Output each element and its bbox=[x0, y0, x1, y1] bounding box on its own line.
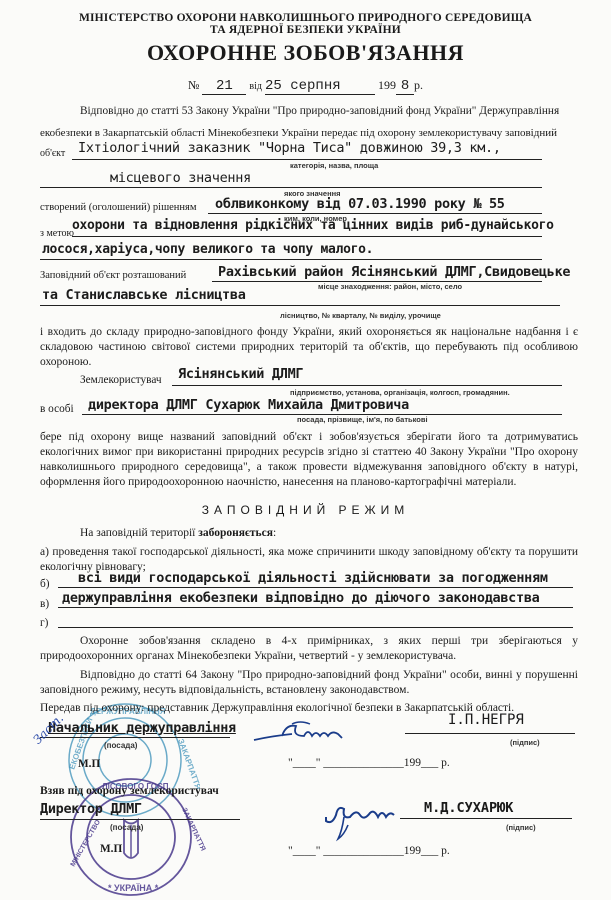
date-label: від bbox=[249, 81, 262, 92]
document-title: ОХОРОННЕ ЗОБОВ'ЯЗАННЯ bbox=[0, 40, 611, 66]
person-hint: посада, прізвище, ім'я, по батькові bbox=[297, 415, 428, 424]
location-value-1: Рахівський район Ясінянський ДЛМГ,Свидов… bbox=[218, 264, 570, 280]
receive-position: Директор ДЛМГ bbox=[40, 801, 142, 817]
transfer-signature bbox=[252, 718, 352, 750]
object-label: об'єкт bbox=[40, 148, 65, 159]
significance-value: місцевого значення bbox=[110, 170, 251, 186]
transfer-name: І.П.НЕГРЯ bbox=[448, 712, 524, 728]
regime-title: ЗАПОВІДНИЙ РЕЖИМ bbox=[0, 503, 611, 517]
object-hint: категорія, назва, площа bbox=[290, 161, 378, 170]
person-value: директора ДЛМГ Сухарюк Михайла Дмитрович… bbox=[88, 397, 409, 413]
created-value: облвиконкому від 07.03.1990 року № 55 bbox=[215, 196, 505, 212]
ministry-line-2: ТА ЯДЕРНОЇ БЕЗПЕКИ УКРАЇНИ bbox=[0, 24, 611, 36]
year-end: р. bbox=[414, 78, 423, 92]
purpose-value-2: лосося,харіуса,чопу великого та чопу мал… bbox=[42, 242, 373, 257]
transfer-label: Передав під охорону: представник Держупр… bbox=[40, 702, 514, 714]
year-prefix: 199 bbox=[378, 78, 396, 92]
receive-sign-hint: (підпис) bbox=[506, 823, 536, 832]
regime-intro-end: : bbox=[273, 527, 276, 539]
receive-date-line: "____" ______________199___ р. bbox=[288, 845, 450, 857]
receive-stamp-label: М.П bbox=[100, 843, 122, 855]
object-value: Іхтіологічний заказник "Чорна Тиса" довж… bbox=[78, 140, 501, 156]
transfer-stamp-label: М.П bbox=[78, 758, 100, 770]
document-date: 25 серпня bbox=[265, 78, 375, 95]
location-hint-1: місце знаходження: район, місто, село bbox=[318, 282, 462, 291]
purpose-value-1: охорони та відновлення рідкісних та цінн… bbox=[72, 218, 554, 233]
year-suffix: 8 bbox=[396, 78, 414, 95]
receive-label: Взяв під охорону землекористувач bbox=[40, 785, 219, 797]
created-label: створений (оголошений) рішенням bbox=[40, 202, 197, 213]
location-value-2: та Станиславське лісництва bbox=[42, 287, 246, 303]
regime-item-b-letter: б) bbox=[40, 578, 50, 590]
receive-signature bbox=[322, 795, 398, 843]
person-label: в особі bbox=[40, 403, 74, 415]
land-user-label: Землекористувач bbox=[80, 374, 162, 386]
svg-text:ЗАКАРПАТТЯ: ЗАКАРПАТТЯ bbox=[180, 807, 206, 852]
location-hint-2: лісництво, № кварталу, № виділу, урочище bbox=[280, 311, 441, 320]
svg-text:МІНІСТЕРСТВО: МІНІСТЕРСТВО bbox=[70, 818, 103, 868]
transfer-sign-hint: (підпис) bbox=[510, 738, 540, 747]
regime-item-c-letter: в) bbox=[40, 598, 49, 610]
ministry-line-1: МІНІСТЕРСТВО ОХОРОНИ НАВКОЛИШНЬОГО ПРИРО… bbox=[0, 12, 611, 24]
land-user-hint: підприємство, установа, організація, кол… bbox=[290, 388, 510, 397]
fund-paragraph: і входить до складу природно-заповідного… bbox=[40, 325, 578, 370]
land-user-value: Ясінянський ДЛМГ bbox=[178, 366, 303, 382]
receive-name: М.Д.СУХАРЮК bbox=[424, 800, 513, 816]
purpose-label: з метою bbox=[40, 228, 74, 239]
regime-item-c-value: держуправління екобезпеки відповідно до … bbox=[62, 590, 540, 606]
location-label: Заповідний об'єкт розташований bbox=[40, 270, 186, 281]
regime-intro-bold: забороняється bbox=[198, 527, 273, 539]
regime-item-d-letter: г) bbox=[40, 617, 48, 629]
receive-position-hint: (посада) bbox=[110, 823, 143, 832]
transfer-date-line: "____" ______________199___ р. bbox=[288, 757, 450, 769]
svg-text:* УКРАЇНА *: * УКРАЇНА * bbox=[108, 883, 159, 893]
regime-intro: На заповідній території забороняється: bbox=[80, 526, 276, 541]
transfer-position-hint: (посада) bbox=[104, 741, 137, 750]
intro-line-1: Відповідно до статті 53 Закону України "… bbox=[80, 104, 570, 119]
intro-line-2: екобезпеки в Закарпатській області Мінек… bbox=[40, 126, 580, 141]
liability-paragraph: Відповідно до статті 64 Закону "Про прир… bbox=[40, 668, 578, 698]
number-label: № bbox=[188, 78, 199, 92]
regime-intro-text: На заповідній території bbox=[80, 527, 198, 539]
copies-paragraph: Охоронне зобов'язання складено в 4-х при… bbox=[40, 634, 578, 664]
regime-item-b-value: всі види господарської діяльності здійсн… bbox=[78, 570, 548, 586]
document-number-line: № 21 від 25 серпня 1998р. bbox=[0, 78, 611, 95]
obligation-paragraph: бере під охорону вище названий заповідни… bbox=[40, 430, 578, 490]
transfer-position: Начальник держуправління bbox=[48, 720, 236, 736]
document-number: 21 bbox=[202, 78, 246, 95]
